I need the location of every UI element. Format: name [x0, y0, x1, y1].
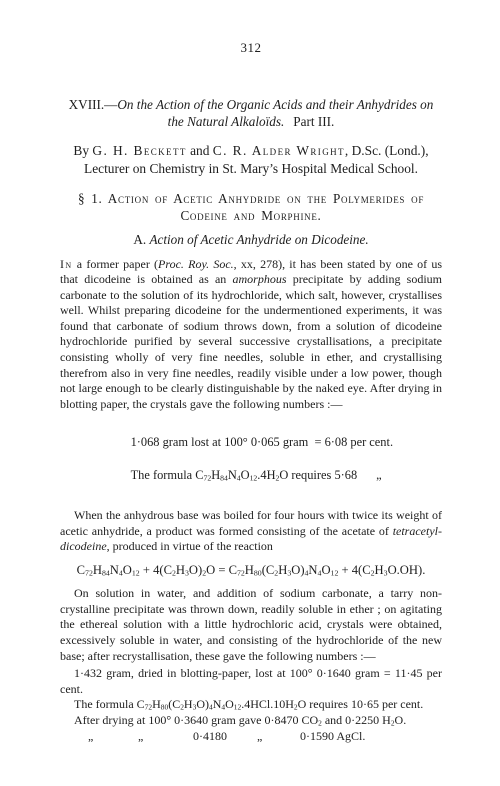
paragraph-2-text: When the anhydrous base was boiled for f…: [60, 508, 442, 538]
paragraph-1-text: a former paper (: [73, 257, 158, 271]
author-1: G. H. Beckett: [92, 143, 186, 158]
article-part: Part III.: [293, 114, 334, 129]
byline-by: By: [73, 143, 92, 158]
emphasis-amorphous: amorphous: [233, 272, 287, 286]
journal-page: 312 XVIII.—On the Action of the Organic …: [0, 0, 500, 786]
analysis-line-1: 1·068 gram lost at 100° 0·065 gram = 6·0…: [131, 435, 393, 449]
paragraph-3: On solution in water, and addition of so…: [60, 586, 442, 664]
result-value: 0·4180: [193, 729, 227, 745]
article-title-text: On the Action of the Organic Acids and t…: [117, 97, 433, 129]
result-line-2: The formula C72H80(C2H3O)4N4O12.4HCl.10H…: [60, 697, 442, 713]
paragraph-1: In a former paper (Proc. Roy. Soc., xx, …: [60, 257, 442, 413]
article-body: In a former paper (Proc. Roy. Soc., xx, …: [60, 257, 442, 745]
author-affiliation: Lecturer on Chemistry in St. Mary’s Hosp…: [84, 161, 418, 176]
paragraph-2: When the anhydrous base was boiled for f…: [60, 508, 442, 555]
paragraph-1-opening: In: [60, 257, 73, 271]
author-2: C. R. Alder Wright: [213, 143, 345, 158]
article-title: XVIII.—On the Action of the Organic Acid…: [60, 97, 442, 130]
analysis-numbers-block: 1·068 gram lost at 100° 0·065 gram = 6·0…: [112, 417, 442, 500]
paragraph-2-text: , produced in virtue of the reaction: [107, 539, 273, 553]
article-number: XVIII.—: [69, 97, 118, 112]
section-heading: § 1. Action of Acetic Anhydride on the P…: [60, 191, 442, 224]
subsection-letter: A.: [133, 232, 149, 247]
result-line-3: After drying at 100° 0·3640 gram gave 0·…: [60, 713, 442, 729]
ditto-mark: „: [376, 468, 382, 482]
journal-reference: Proc. Roy. Soc.: [158, 257, 234, 271]
analysis-line-2: The formula C72H84N4O12.4H2O requires 5·…: [131, 468, 358, 482]
result-value: 0·1590 AgCl.: [300, 729, 365, 745]
page-number: 312: [60, 40, 442, 55]
subsection-title: Action of Acetic Anhydride on Dicodeine.: [149, 232, 368, 247]
result-line-1: 1·432 gram, dried in blotting-paper, los…: [60, 666, 442, 697]
chemical-equation: C72H84N4O12 + 4(C2H3O)2O = C72H80(C2H3O)…: [60, 562, 442, 579]
result-ditto-row: „ „ 0·4180 „ 0·1590 AgCl.: [60, 729, 442, 745]
ditto-mark: „: [138, 729, 143, 745]
ditto-mark: „: [88, 729, 93, 745]
byline: By G. H. Beckett and C. R. Alder Wright,…: [60, 142, 442, 177]
paragraph-1-text: precipitate by adding sodium carbonate t…: [60, 272, 442, 411]
subsection-heading: A. Action of Acetic Anhydride on Dicodei…: [60, 232, 442, 249]
author-degrees: , D.Sc. (Lond.),: [345, 143, 429, 158]
ditto-mark: „: [257, 729, 262, 745]
results-block: 1·432 gram, dried in blotting-paper, los…: [60, 666, 442, 744]
byline-and: and: [187, 143, 213, 158]
